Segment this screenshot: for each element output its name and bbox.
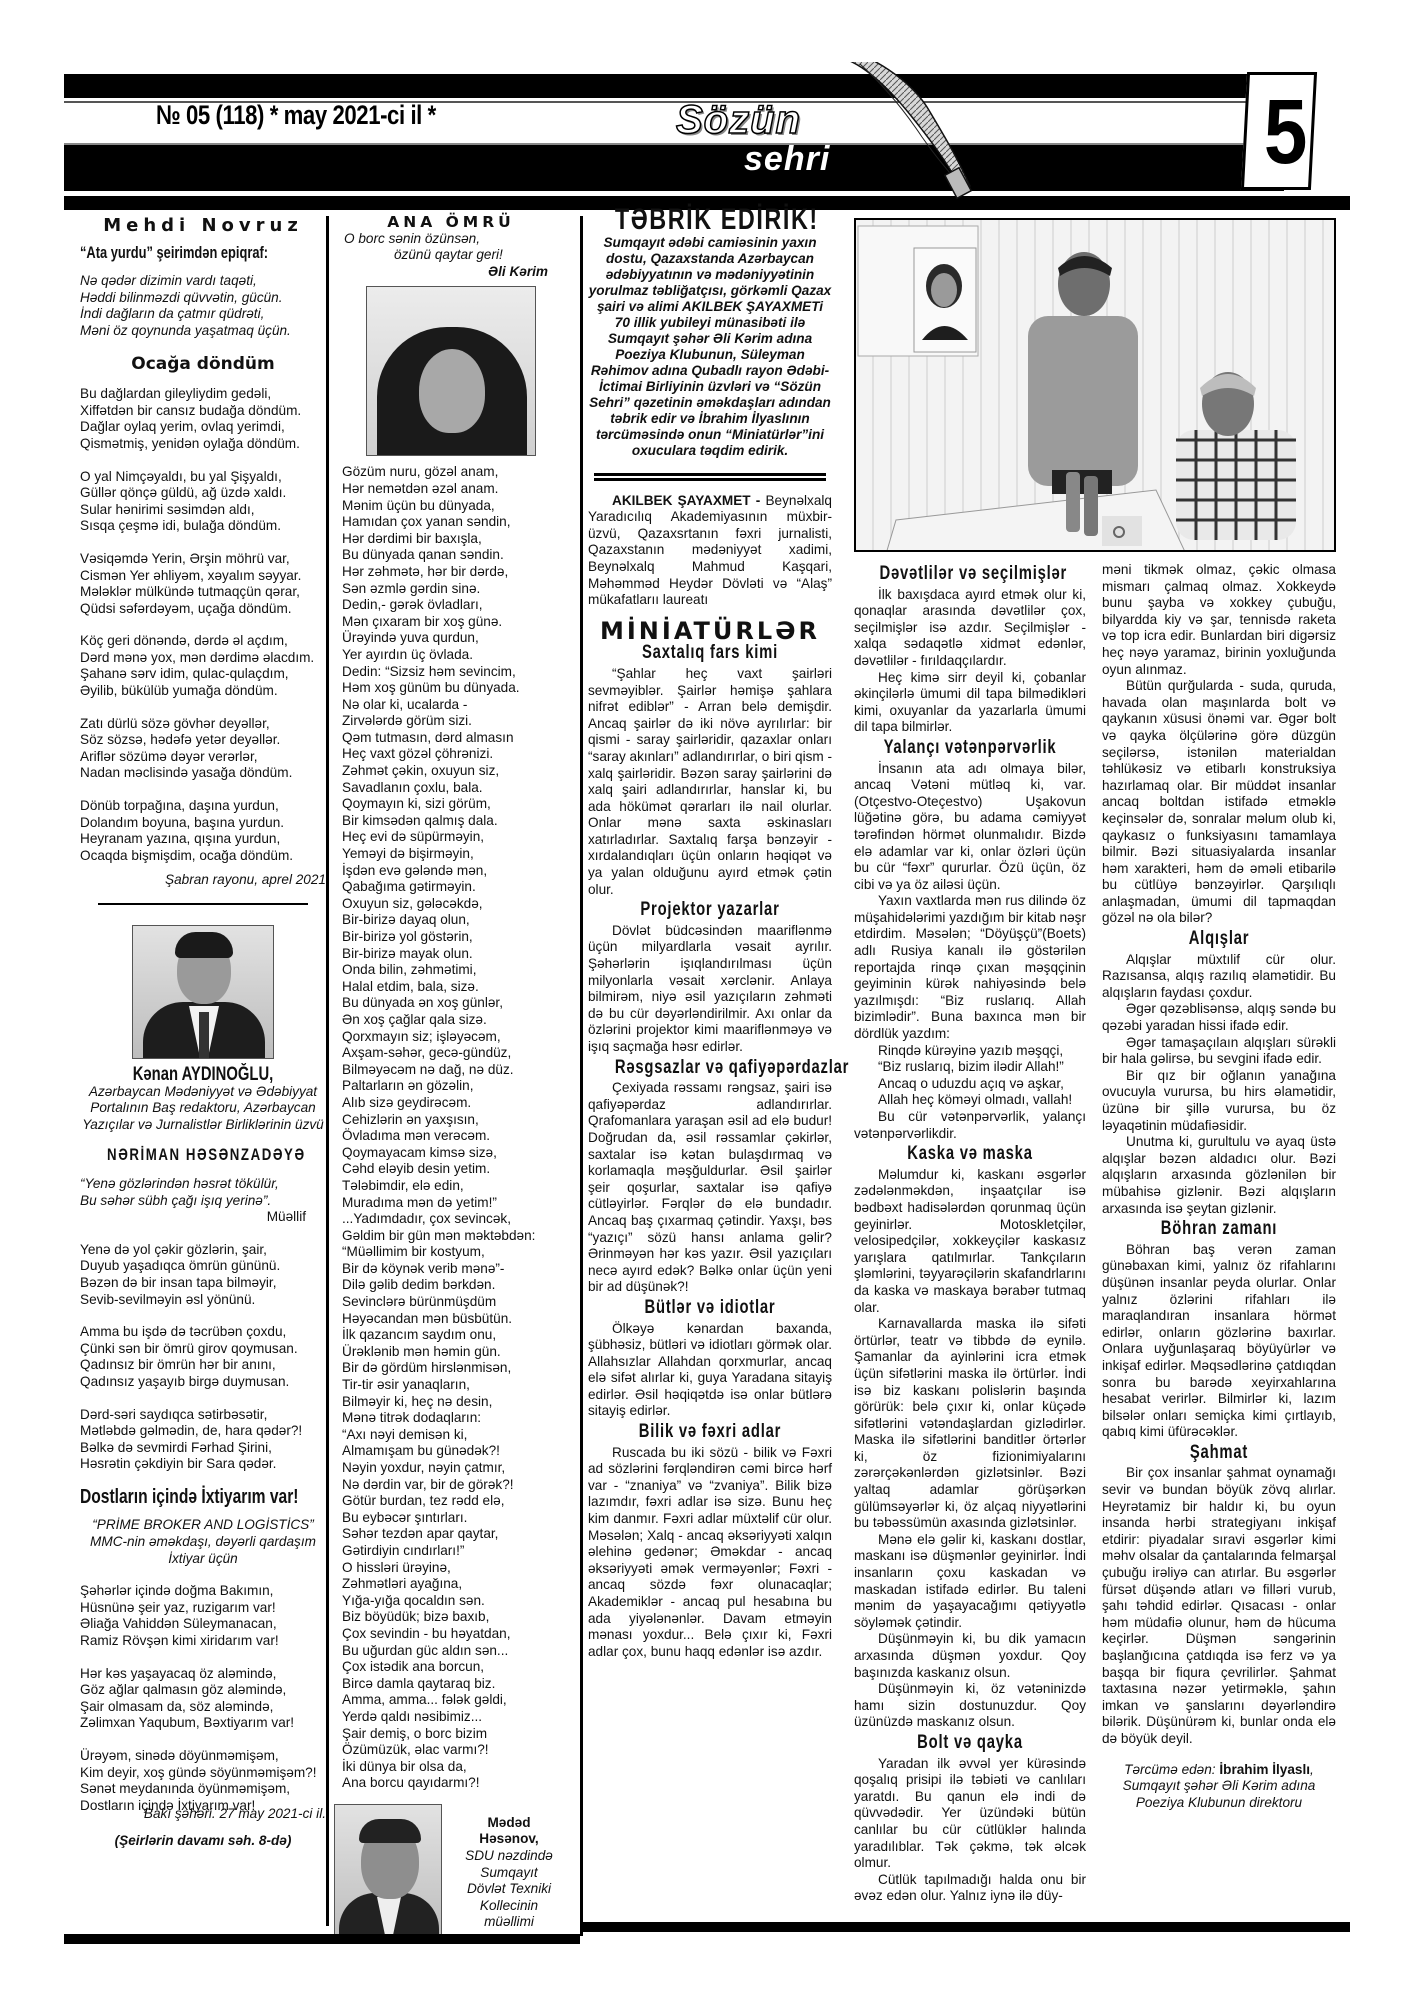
paragraph: Yaxın vaxtlarda mən rus dilində öz müşah… xyxy=(854,893,1086,1042)
poem-line: Yerdə qaldı nəsibimiz... xyxy=(342,1709,568,1726)
poem-line: “Axı nəyi demisən ki, xyxy=(342,1427,568,1444)
paragraph: Dövlət büdcəsindən maariflənmə üçün mily… xyxy=(588,923,832,1056)
author-bio: SDU nəzdində Sumqayıt Dövlət Texniki Kol… xyxy=(450,1848,568,1931)
stanza: Ürəyəm, sinədə döyünməmişəm,Kim deyir, x… xyxy=(80,1748,326,1814)
place-date: Şabran rayonu, aprel 2021 xyxy=(80,872,326,889)
poem-line: Dolandım boyuna, başına yurdun. xyxy=(80,815,326,832)
epigraph-poem: Nə qədər dizimin vardı taqəti, Həddi bil… xyxy=(80,273,326,339)
poem-line: Gətirdiyin cındırları!” xyxy=(342,1543,568,1560)
poem-line: Qabağıma gətirməyin. xyxy=(342,879,568,896)
paragraph: Böhran baş verən zaman günəbaxan kimi, y… xyxy=(1102,1242,1336,1441)
miniature-list: AlqışlarAlqışlar müxtılif cür olur. Razı… xyxy=(1102,931,1336,1748)
poem-line: Biz böyüdük; bizə baxıb, xyxy=(342,1609,568,1626)
poem-line: Duyub yaşadıqca ömrün gününü. xyxy=(80,1258,326,1275)
poem-line: Şair olmasam da, söz aləmində, xyxy=(80,1699,326,1716)
poem-line: Cismən Yer əhliyəm, xəyalım səyyar. xyxy=(80,568,326,585)
poem-line: Bəlkə də sevmirdi Fərhad Şirini, xyxy=(80,1440,326,1457)
poem-line: Mətləbdə gəlmədin, de, hara qədər?! xyxy=(80,1423,326,1440)
poem-line: Hər zəhmətə, hər bir dərdə, xyxy=(342,564,568,581)
poem-line: Sevib-sevilməyin əsl yönünü. xyxy=(80,1292,326,1309)
poem-line: Yığa-yığa qocaldın sən. xyxy=(342,1593,568,1610)
poem-line: Ürəyində yuva qurdun, xyxy=(342,630,568,647)
poem-line: Bir-birizə dayaq olun, xyxy=(342,912,568,929)
poem-line: Bu eybəcər şıntırları. xyxy=(342,1510,568,1527)
paragraph: İlk baxışdaca ayırd etmək olur ki, qonaq… xyxy=(854,587,1086,670)
miniature-list: Dəvətlilər və seçilmişlərİlk baxışdaca a… xyxy=(854,566,1086,1905)
poem-line: İlk qazancım saydım onu, xyxy=(342,1327,568,1344)
poem-line: Amma bu işdə də təcrübən çoxdu, xyxy=(80,1324,326,1341)
newspaper-logo-line1: Sözün xyxy=(676,98,801,143)
poem-line: Paltarların ən gözəlin, xyxy=(342,1078,568,1095)
footer-bar xyxy=(64,1934,580,1944)
miniature-title: Kaska və maska xyxy=(880,1146,1061,1163)
paragraph: Bu cür vətənpərvərlik, yalançı vətənpərv… xyxy=(854,1109,1086,1142)
poem-line: Bir-birizə yol göstərin, xyxy=(342,929,568,946)
poem-line: Yeməyi də bişirməyin, xyxy=(342,846,568,863)
dedication-poem: Yenə də yol çəkir gözlərin, şair,Duyub y… xyxy=(80,1242,326,1473)
poem-line: Yenə də yol çəkir gözlərin, şair, xyxy=(80,1242,326,1259)
poem-line: Allah heç köməyi olmadı, vallah! xyxy=(878,1092,1086,1109)
paragraph: Bir çox insanlar şahmat oynamağı sevir v… xyxy=(1102,1465,1336,1747)
stanza: Köç geri dönəndə, dərdə əl açdım,Dərd mə… xyxy=(80,633,326,699)
miniature-list: Saxtalıq fars kimi“Şahlar heç vaxt şairl… xyxy=(588,645,832,1660)
event-photo xyxy=(854,218,1336,552)
poem-line: Çox sevindin - bu həyatdan, xyxy=(342,1626,568,1643)
poem-line: Çox istədik ana borcun, xyxy=(342,1659,568,1676)
poem-line: Ən xoş çağlar qala sizə. xyxy=(342,1012,568,1029)
paragraph: Ölkəyə kənardan baxanda, şübhəsiz, bütlə… xyxy=(588,1321,832,1421)
paragraph: Bütün qurğularda - suda, quruda, havada … xyxy=(1102,678,1336,927)
stanza: Dərd-səri saydıqca sətirbəsətir,Mətləbdə… xyxy=(80,1407,326,1473)
paragraph: Karnavallarda maska ilə sifəti örtürlər,… xyxy=(854,1316,1086,1532)
second-poem-title: Dostların içində İxtiyarım var! xyxy=(80,1489,272,1506)
poem-line: Ürəklənib mən həmin gün. xyxy=(342,1344,568,1361)
section-divider xyxy=(98,903,308,905)
poem-line: Əliağa Vahiddən Süleymanacan, xyxy=(80,1616,326,1633)
poem-line: Zəhmət çəkin, oxuyun siz, xyxy=(342,763,568,780)
poem-line: Səhər tezdən apar qaytar, xyxy=(342,1526,568,1543)
poem-line: Ürəyəm, sinədə döyünməmişəm, xyxy=(80,1748,326,1765)
stanza: O yal Nimçəyaldı, bu yal Şişyaldı,Güllər… xyxy=(80,469,326,535)
poem-line: Xiffətdən bir cansız budağa döndüm. xyxy=(80,403,326,420)
poem-line: Gözüm nuru, gözəl anam, xyxy=(342,464,568,481)
author-heading: Mehdi Novruz xyxy=(80,218,326,235)
paragraph: Alqışlar müxtılif cür olur. Razısansa, a… xyxy=(1102,952,1336,1002)
poem-line: Sısqa çeşmə idi, bulağa döndüm. xyxy=(80,518,326,535)
poem-line: Rinqdə kürəyinə yazıb məşqçi, xyxy=(878,1043,1086,1060)
poem-line: Zirvələrdə görüm sizi. xyxy=(342,713,568,730)
column-miniatures-4: Dəvətlilər və seçilmişlərİlk baxışdaca a… xyxy=(854,562,1086,1905)
poem-line: Amma, amma... fələk gəldi, xyxy=(342,1692,568,1709)
quote-author: Müəllif xyxy=(80,1209,326,1226)
author-name: Mədəd Həsənov, xyxy=(450,1815,568,1848)
author-portrait-photo xyxy=(132,925,274,1059)
paragraph: Əgər tamaşaçılaın alqışları sürəkli bir … xyxy=(1102,1035,1336,1068)
continued-text: məni tikmək olmaz, çəkic olmasa mismarı … xyxy=(1102,562,1336,927)
paragraph: “Şahlar heç vaxt şairləri sevməyiblər. Ş… xyxy=(588,666,832,898)
paragraph: İnsanın ata adı olmaya bilər, ancaq Vətə… xyxy=(854,761,1086,894)
poem-line: Vəsiqəmdə Yerin, Ərşin möhrü var, xyxy=(80,551,326,568)
poem-line: Qəm tutmasın, dərd almasın xyxy=(342,730,568,747)
poem-line: “Müəllimim bir kostyum, xyxy=(342,1244,568,1261)
poem-line: Sən əzmlə gərdin sinə. xyxy=(342,581,568,598)
epigraph-author: Əli Kərim xyxy=(334,264,568,281)
author-portrait-photo xyxy=(334,1804,442,1942)
poem-line: Bir də köynək verib mənə”- xyxy=(342,1261,568,1278)
poem-line: Mənim üçün bu dünyada, xyxy=(342,498,568,515)
poem-line: Söz sözsə, hədəfə yetər deyəllər. xyxy=(80,732,326,749)
miniature-title: Rəsgsazlar və qafiyəpərdazlar xyxy=(615,1060,805,1077)
poem-line: Güllər qönçə güldü, ağ üzdə xaldı. xyxy=(80,485,326,502)
poem-line: Qismətmiş, yenidən oylağa döndüm. xyxy=(80,436,326,453)
poem-line: Hər dərdimi bir baxışla, xyxy=(342,531,568,548)
poem-line: Mələklər mülkündə tutmaqçün qərar, xyxy=(80,584,326,601)
poem-line: Heç evi də süpürməyin, xyxy=(342,829,568,846)
poem-line: Dilə gəlib dedim bərkdən. xyxy=(342,1277,568,1294)
mother-portrait-photo xyxy=(366,286,536,456)
congratulations-heading: TƏBRİK EDİRİK! xyxy=(615,212,805,229)
section-divider xyxy=(594,473,826,481)
paragraph: Düşünməyin ki, öz vətəninizdə hamı sizin… xyxy=(854,1681,1086,1731)
poem-line: Dərd mənə yox, mən dərdimə əlacdım. xyxy=(80,650,326,667)
poem-line: Qadınsız yaşayıb birgə duymusan. xyxy=(80,1374,326,1391)
stanza: Amma bu işdə də təcrübən çoxdu,Çünki sən… xyxy=(80,1324,326,1390)
poem-line: Zəlimxan Yaqubum, Bəxtiyarım var! xyxy=(80,1715,326,1732)
poem-line: Qoymayacam kimsə sizə, xyxy=(342,1145,568,1162)
poem-line: Almamışam bu günədək?! xyxy=(342,1443,568,1460)
paragraph: Yaradan ilk əvvəl yer kürəsində qoşalıq … xyxy=(854,1756,1086,1872)
poem-line: Qoymayın ki, sizi görüm, xyxy=(342,796,568,813)
paragraph: məni tikmək olmaz, çəkic olmasa mismarı … xyxy=(1102,562,1336,678)
poem-line: ...Yadımdadır, çox sevincək, xyxy=(342,1211,568,1228)
poem-line: Savadlanın çoxlu, bala. xyxy=(342,780,568,797)
poem-line: Bilməyir ki, heç nə desin, xyxy=(342,1394,568,1411)
poem-line: Bu dünyada ən xoş günlər, xyxy=(342,995,568,1012)
poem-line: Mən çıxaram bir xoş günə. xyxy=(342,614,568,631)
poem-line: Götür burdan, tez rədd elə, xyxy=(342,1493,568,1510)
newspaper-logo-line2: sehri xyxy=(744,140,830,179)
paragraph: Mənə elə gəlir ki, kaskanı dostlar, mask… xyxy=(854,1532,1086,1632)
poem-line: Bu dağlardan gileyliydim gedəli, xyxy=(80,386,326,403)
poem-line: Halal etdim, bala, sizə. xyxy=(342,979,568,996)
poem-line: Şahanə sərv idim, qulac-qulaçdım, xyxy=(80,666,326,683)
stanza: Vəsiqəmdə Yerin, Ərşin möhrü var,Cismən … xyxy=(80,551,326,617)
poem-line: Həm xoş günüm bu dünyada. xyxy=(342,680,568,697)
miniature-title: Saxtalıq fars kimi xyxy=(615,645,805,662)
poem-line: Nəyin yoxdur, nəyin çatmır, xyxy=(342,1460,568,1477)
poem-line: Heç vaxt gözəl çöhrənizi. xyxy=(342,746,568,763)
poem-line: Sevinclərə bürünmüşdüm xyxy=(342,1294,568,1311)
poem-line: Bilməyəcəm nə dağ, nə düz. xyxy=(342,1062,568,1079)
poem-line: Hamıdan çox yanan səndin, xyxy=(342,514,568,531)
poem-line: Ariflər sözümə dəyər verərlər, xyxy=(80,749,326,766)
poem-line: Dağlar oylaq yerim, ovlaq yerimdi, xyxy=(80,419,326,436)
poem-line: Zatı dürlü sözə gövhər deyəllər, xyxy=(80,716,326,733)
poem-line: Cəhd eləyib desin yetim. xyxy=(342,1161,568,1178)
poem-line: Onda bilin, zəhmətimi, xyxy=(342,962,568,979)
poem-line: Ramiz Rövşən kimi xiridarım var! xyxy=(80,1633,326,1650)
poem-line: Hər kəs yaşayacaq öz aləmində, xyxy=(80,1666,326,1683)
dedication-title: NƏRİMAN HƏSƏNZADƏYƏ xyxy=(107,1147,299,1164)
second-poem-subtitle: “PRİME BROKER AND LOGİSTİCS” MMC-nin əmə… xyxy=(80,1517,326,1567)
congratulations-text: Sumqayıt ədəbi camiəsinin yaxın dostu, Q… xyxy=(588,235,832,459)
quill-pen-icon xyxy=(832,62,992,202)
poem-line: Tələbimdir, elə edin, xyxy=(342,1178,568,1195)
poem-line: Köç geri dönəndə, dərdə əl açdım, xyxy=(80,633,326,650)
poem-line: Alıb sizə geydirəcəm. xyxy=(342,1095,568,1112)
poem-line: O yal Nimçəyaldı, bu yal Şişyaldı, xyxy=(80,469,326,486)
stanza: Bu dağlardan gileyliydim gedəli,Xiffətdə… xyxy=(80,386,326,452)
poem-line: Ana borcu qayıdarmı?! xyxy=(342,1775,568,1792)
author-bio: Azərbaycan Mədəniyyət və Ədəbiyyat Porta… xyxy=(80,1084,326,1134)
poem-line: Bu uğurdan güc aldın sən... xyxy=(342,1643,568,1660)
poem-line: Nadan məclisində yasağa döndüm. xyxy=(80,765,326,782)
poem-line: Qorxmayın siz; işləyəcəm, xyxy=(342,1029,568,1046)
poem-line: Axşam-səhər, gecə-gündüz, xyxy=(342,1045,568,1062)
poem-line: Həyəcandan mən büsbütün. xyxy=(342,1311,568,1328)
miniature-title: Dəvətlilər və seçilmişlər xyxy=(880,566,1061,583)
stanza: Zatı dürlü sözə gövhər deyəllər,Söz sözs… xyxy=(80,716,326,782)
column-ana-omru: ANA ÖMRÜ O borc sənin özünsən, özünü qay… xyxy=(334,212,568,1942)
translator-credit: Tərcümə edən: İbrahim İlyaslı, Sumqayıt … xyxy=(1102,1762,1336,1812)
event-photo-image xyxy=(856,220,1336,552)
poem-line: Cehizlərin ən yaxşısın, xyxy=(342,1112,568,1129)
poem-line: Şəhərlər içində doğma Bakımın, xyxy=(80,1583,326,1600)
author-bio: AKILBEK ŞAYAXMET - Beynəlxalq Yaradıcılı… xyxy=(588,493,832,609)
poem-line: Zəhmətləri ayağına, xyxy=(342,1576,568,1593)
poem-line: Nə olar ki, ucalarda - xyxy=(342,697,568,714)
footer-bar xyxy=(846,1922,1350,1932)
masthead-bar-top xyxy=(64,74,1284,98)
paragraph: Məlumdur ki, kaskanı əsgərlər zədələnmək… xyxy=(854,1167,1086,1316)
paragraph: Cütlük tapılmadığı halda onu bir əvəz ed… xyxy=(854,1872,1086,1905)
poem-line: Yer ayırdın üç övlada. xyxy=(342,647,568,664)
poem-line: Nə dərdin var, bir de görək?! xyxy=(342,1477,568,1494)
poem-line: “Biz ruslarıq, bizim ilədir Allah!” xyxy=(878,1059,1086,1076)
poem-title: ANA ÖMRÜ xyxy=(334,214,568,231)
miniature-title: Alqışlar xyxy=(1128,931,1311,948)
paragraph: Çexiyada rəssamı rəngsaz, şairi isə qafi… xyxy=(588,1080,832,1296)
author-name: Kənan AYDINOĞLU, xyxy=(107,1067,299,1084)
poem-line: Əyilib, bükülüb yumağa döndüm. xyxy=(80,683,326,700)
footer-bar xyxy=(580,1922,846,1932)
stanza: Hər kəs yaşayacaq öz aləmində,Göz ağlar … xyxy=(80,1666,326,1732)
poem-line: Şair demiş, o borc bizim xyxy=(342,1726,568,1743)
poem-title: Ocağa döndüm xyxy=(80,356,326,373)
dedication-quote: “Yenə gözlərindən həsrət tökülür, Bu səh… xyxy=(80,1176,326,1209)
author-block: Mədəd Həsənov, SDU nəzdində Sumqayıt Döv… xyxy=(334,1804,568,1942)
paragraph: Bir qız bir oğlanın yanağına ovucuyla vu… xyxy=(1102,1068,1336,1134)
poem-line: Bəzən də bir insan tapa bilməyir, xyxy=(80,1275,326,1292)
poem-line: O hissləri ürəyinə, xyxy=(342,1560,568,1577)
miniature-title: Yalançı vətənpərvərlik xyxy=(880,740,1061,757)
stanza: Yenə də yol çəkir gözlərin, şair,Duyub y… xyxy=(80,1242,326,1308)
poem-body: Bu dağlardan gileyliydim gedəli,Xiffətdə… xyxy=(80,386,326,864)
miniature-title: Şahmat xyxy=(1128,1445,1311,1462)
paragraph: Əgər qəzəblisənsə, alqış səndə bu qəzəbi… xyxy=(1102,1001,1336,1034)
poem-line: Bircə damla qaytaraq biz. xyxy=(342,1676,568,1693)
paragraph: Düşünməyin ki, bu dik yamacın arxasında … xyxy=(854,1631,1086,1681)
paragraph: Heç kimə sirr deyil ki, çobanlar əkinçil… xyxy=(854,670,1086,736)
poem-line: Ancaq o uduzdu açıq və aşkar, xyxy=(878,1076,1086,1093)
poem-line: Gəldim bir gün mən məktəbdən: xyxy=(342,1228,568,1245)
page-number: 5 xyxy=(1264,86,1307,178)
continuation-note: (Şeirlərin davamı səh. 8-də) xyxy=(80,1833,326,1850)
poem-line: Bir kimsədən qalmış dala. xyxy=(342,813,568,830)
quatrain: Rinqdə kürəyinə yazıb məşqçi,“Biz ruslar… xyxy=(854,1043,1086,1109)
poem-line: Sular hənirimi səsimdən aldı, xyxy=(80,502,326,519)
poem-epigraph: O borc sənin özünsən, özünü qaytar geri! xyxy=(334,231,568,264)
poem-line: Hüsnünə şeir yaz, ruzigarım var! xyxy=(80,1600,326,1617)
column-congratulations: TƏBRİK EDİRİK! Sumqayıt ədəbi camiəsinin… xyxy=(588,212,832,1660)
column-divider xyxy=(326,216,329,1926)
column-poetry-left: Mehdi Novruz “Ata yurdu” şeirimdən epiqr… xyxy=(80,212,326,1850)
column-miniatures-5: məni tikmək olmaz, çəkic olmasa mismarı … xyxy=(1102,562,1336,1811)
miniature-title: Projektor yazarlar xyxy=(615,902,805,919)
poem-line: Göz ağlar qalmasın göz aləmində, xyxy=(80,1682,326,1699)
poem-line: Dedin: “Sizsiz həm sevincim, xyxy=(342,664,568,681)
poem-line: İki dünya bir olsa da, xyxy=(342,1759,568,1776)
poem-line: Özümüzük, əlac varmı?! xyxy=(342,1742,568,1759)
paragraph: Unutma ki, gurultulu və ayaq üstə alqışl… xyxy=(1102,1134,1336,1217)
poem-line: Kim deyir, xoş gündə söyünməmişəm?! xyxy=(80,1765,326,1782)
poem-line: Hər nemətdən əzəl anam. xyxy=(342,481,568,498)
paragraph: Ruscada bu iki sözü - bilik və Fəxri ad … xyxy=(588,1445,832,1661)
poem-line: İşdən evə gələndə mən, xyxy=(342,863,568,880)
poem-line: Dönüb torpağına, daşına yurdun, xyxy=(80,798,326,815)
second-poem-body: Şəhərlər içində doğma Bakımın,Hüsnünə şe… xyxy=(80,1583,326,1814)
poem-line: Muradıma mən də yetim!” xyxy=(342,1195,568,1212)
poem-line: Qadınsız bir ömrün hər bir anını, xyxy=(80,1357,326,1374)
stanza: Şəhərlər içində doğma Bakımın,Hüsnünə şe… xyxy=(80,1583,326,1649)
poem-line: Dərd-səri saydıqca sətirbəsətir, xyxy=(80,1407,326,1424)
miniature-title: Bolt və qayka xyxy=(880,1735,1061,1752)
poem-line: Həsrətin çəkdiyin bir Sara qədər. xyxy=(80,1456,326,1473)
poem-line: Sənət meydanında öyünməmişəm, xyxy=(80,1781,326,1798)
column-divider xyxy=(580,216,583,1936)
stanza: Dönüb torpağına, daşına yurdun,Dolandım … xyxy=(80,798,326,864)
poem-line: Mənə titrək dodaqların: xyxy=(342,1410,568,1427)
poem-line: Qüdsi səfərdəyəm, uçağa döndüm. xyxy=(80,601,326,618)
poem-line: Heyranam yazına, qışına yurdun, xyxy=(80,831,326,848)
poem-line: Bir də gördüm hirslənmisən, xyxy=(342,1360,568,1377)
poem-line: Çünki sən bir ömrü girov qoymusan. xyxy=(80,1341,326,1358)
poem-line: Övladıma mən verəcəm. xyxy=(342,1128,568,1145)
poem-line: Ocaqda bişmişdim, ocağa döndüm. xyxy=(80,848,326,865)
section-title: MİNİATÜRLƏR xyxy=(588,623,832,640)
miniature-title: Böhran zamanı xyxy=(1128,1221,1311,1238)
poem-line: Bir-birizə mayak olun. xyxy=(342,946,568,963)
masthead-bar-middle xyxy=(64,143,1284,191)
epigraph-heading: “Ata yurdu” şeirimdən epiqraf: xyxy=(80,245,272,262)
poem-line: Bu dünyada qanan səndin. xyxy=(342,547,568,564)
poem-body: Gözüm nuru, gözəl anam,Hər nemətdən əzəl… xyxy=(334,464,568,1792)
poem-line: Oxuyun siz, gələcəkdə, xyxy=(342,896,568,913)
miniature-title: Bilik və fəxri adlar xyxy=(615,1424,805,1441)
masthead: № 05 (118) * may 2021-ci il * Sözün sehr… xyxy=(64,74,1350,210)
miniature-title: Bütlər və idiotlar xyxy=(615,1300,805,1317)
poem-line: Dedin,- gərək övladları, xyxy=(342,597,568,614)
poem-line: Tir-tir əsir yanaqların, xyxy=(342,1377,568,1394)
issue-info: № 05 (118) * may 2021-ci il * xyxy=(156,100,436,131)
